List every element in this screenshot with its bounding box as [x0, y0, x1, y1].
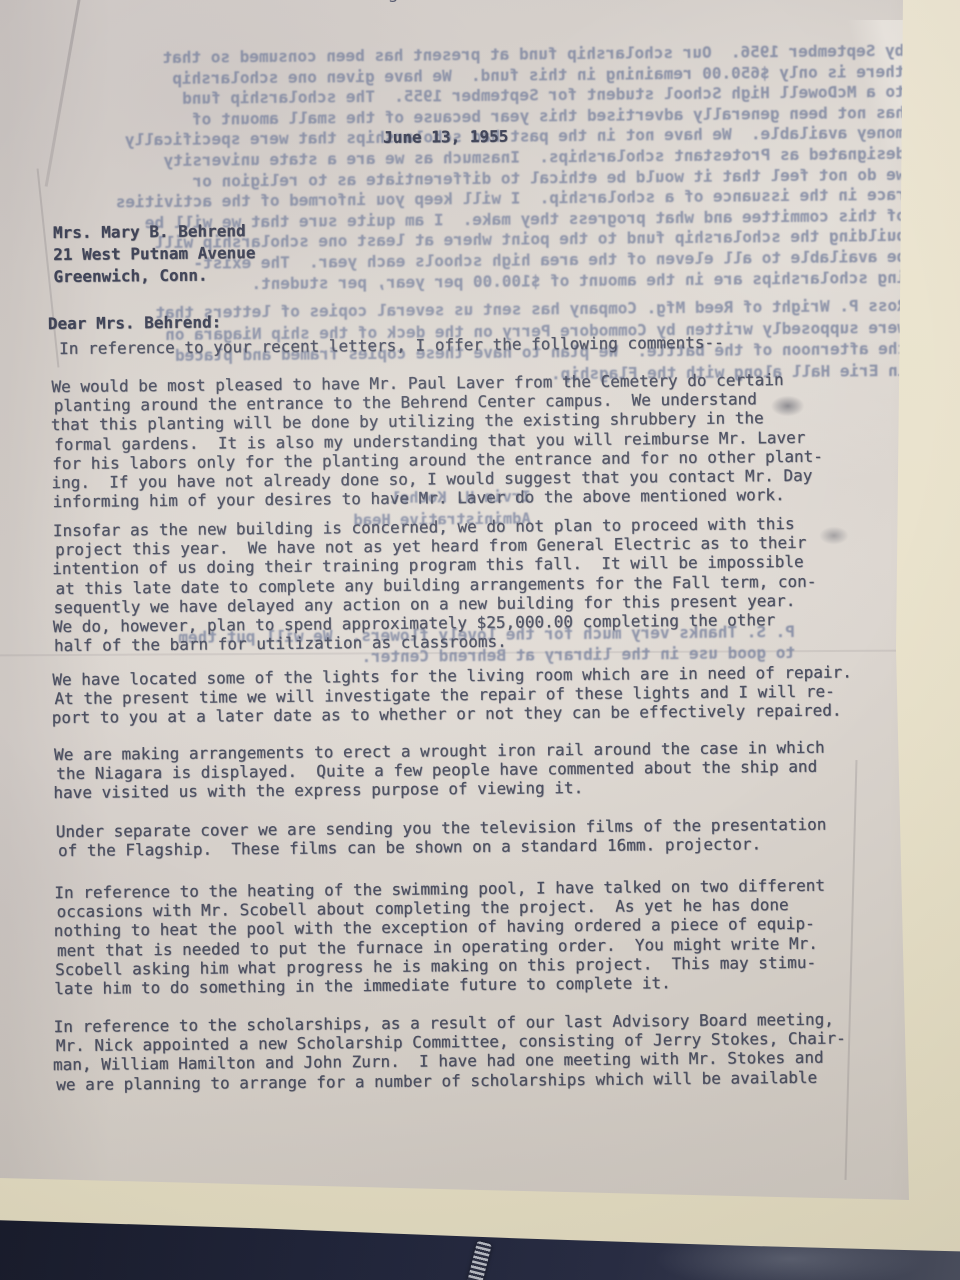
- page-number: -3-: [378, 0, 411, 7]
- ink-smudge: [813, 522, 855, 548]
- paragraph-scholarships: In reference to the scholarships, as a r…: [54, 1009, 847, 1093]
- letter-date: June 13, 1955: [383, 127, 508, 147]
- paragraph-niagara-rail: We are making arrangements to erect a wr…: [54, 738, 825, 803]
- letter-page: by September 1956. Our scholarship fund …: [0, 0, 960, 1218]
- salutation: Dear Mrs. Behrend:: [48, 312, 222, 333]
- paragraph-lights: We have located some of the lights for t…: [52, 662, 852, 727]
- letter-content: by September 1956. Our scholarship fund …: [0, 0, 960, 1219]
- paragraph-swimming-pool: In reference to the heating of the swimm…: [54, 876, 826, 999]
- zipper: [467, 1241, 492, 1280]
- photo-of-typewritten-letter: by September 1956. Our scholarship fund …: [0, 0, 960, 1280]
- paragraph-new-building: Insofar as the new building is concerned…: [53, 514, 817, 656]
- paragraph-planting: We would be most pleased to have Mr. Pau…: [51, 370, 823, 512]
- recipient-address: Mrs. Mary B. Behrend21 West Putnam Avenu…: [53, 220, 256, 287]
- paragraph-television-films: Under separate cover we are sending you …: [56, 815, 827, 861]
